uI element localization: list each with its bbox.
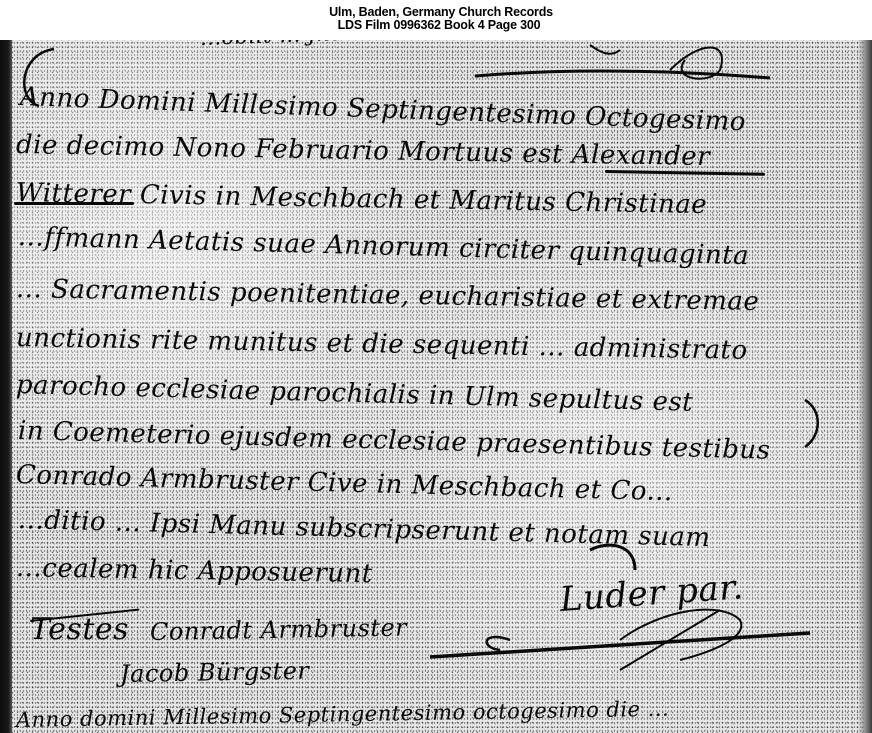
previous-entry-fragment: ...obiit ... Jhan ... 1788 [200, 40, 450, 50]
record-line-7: parocho ecclesiae parochialis in Ulm sep… [16, 370, 694, 418]
record-line-8: in Coemeterio ejusdem ecclesiae praesent… [18, 416, 771, 466]
page-right-edge [858, 40, 872, 733]
next-entry-fragment: Anno domini Millesimo Septingentesimo oc… [16, 697, 670, 732]
flourish-top-right [470, 40, 790, 100]
scanned-document-page: ...obiit ... Jhan ... 1788 Anno Domini M… [0, 40, 872, 733]
record-line-2: die decimo Nono Februario Mortuus est Al… [16, 130, 711, 172]
record-line-5: ... Sacramentis poenitentiae, eucharisti… [16, 274, 760, 317]
witness-1-signature: Conradt Armbruster [150, 614, 408, 646]
record-line-11: ...cealem hic Apposuerunt [16, 553, 373, 589]
record-line-9: Conrado Armbruster Cive in Meschbach et … [16, 460, 674, 507]
witnesses-label: Testes [30, 612, 129, 647]
bracket-mark [800, 395, 830, 455]
signature-flourish [420, 530, 840, 670]
witness-2-signature: Jacob Bürgster [120, 657, 310, 688]
record-line-4: ...ffmann Aetatis suae Annorum circiter … [18, 222, 750, 271]
record-line-6: unctionis rite munitus et die sequenti .… [16, 323, 748, 366]
record-film-reference: LDS Film 0996362 Book 4 Page 300 [6, 19, 872, 32]
underline-given-name [605, 170, 765, 176]
underline-surname [14, 202, 134, 205]
record-line-3: Witterer Civis in Meschbach et Maritus C… [16, 178, 708, 220]
page-binding-edge [0, 40, 12, 733]
record-header: Ulm, Baden, Germany Church Records LDS F… [0, 0, 872, 40]
